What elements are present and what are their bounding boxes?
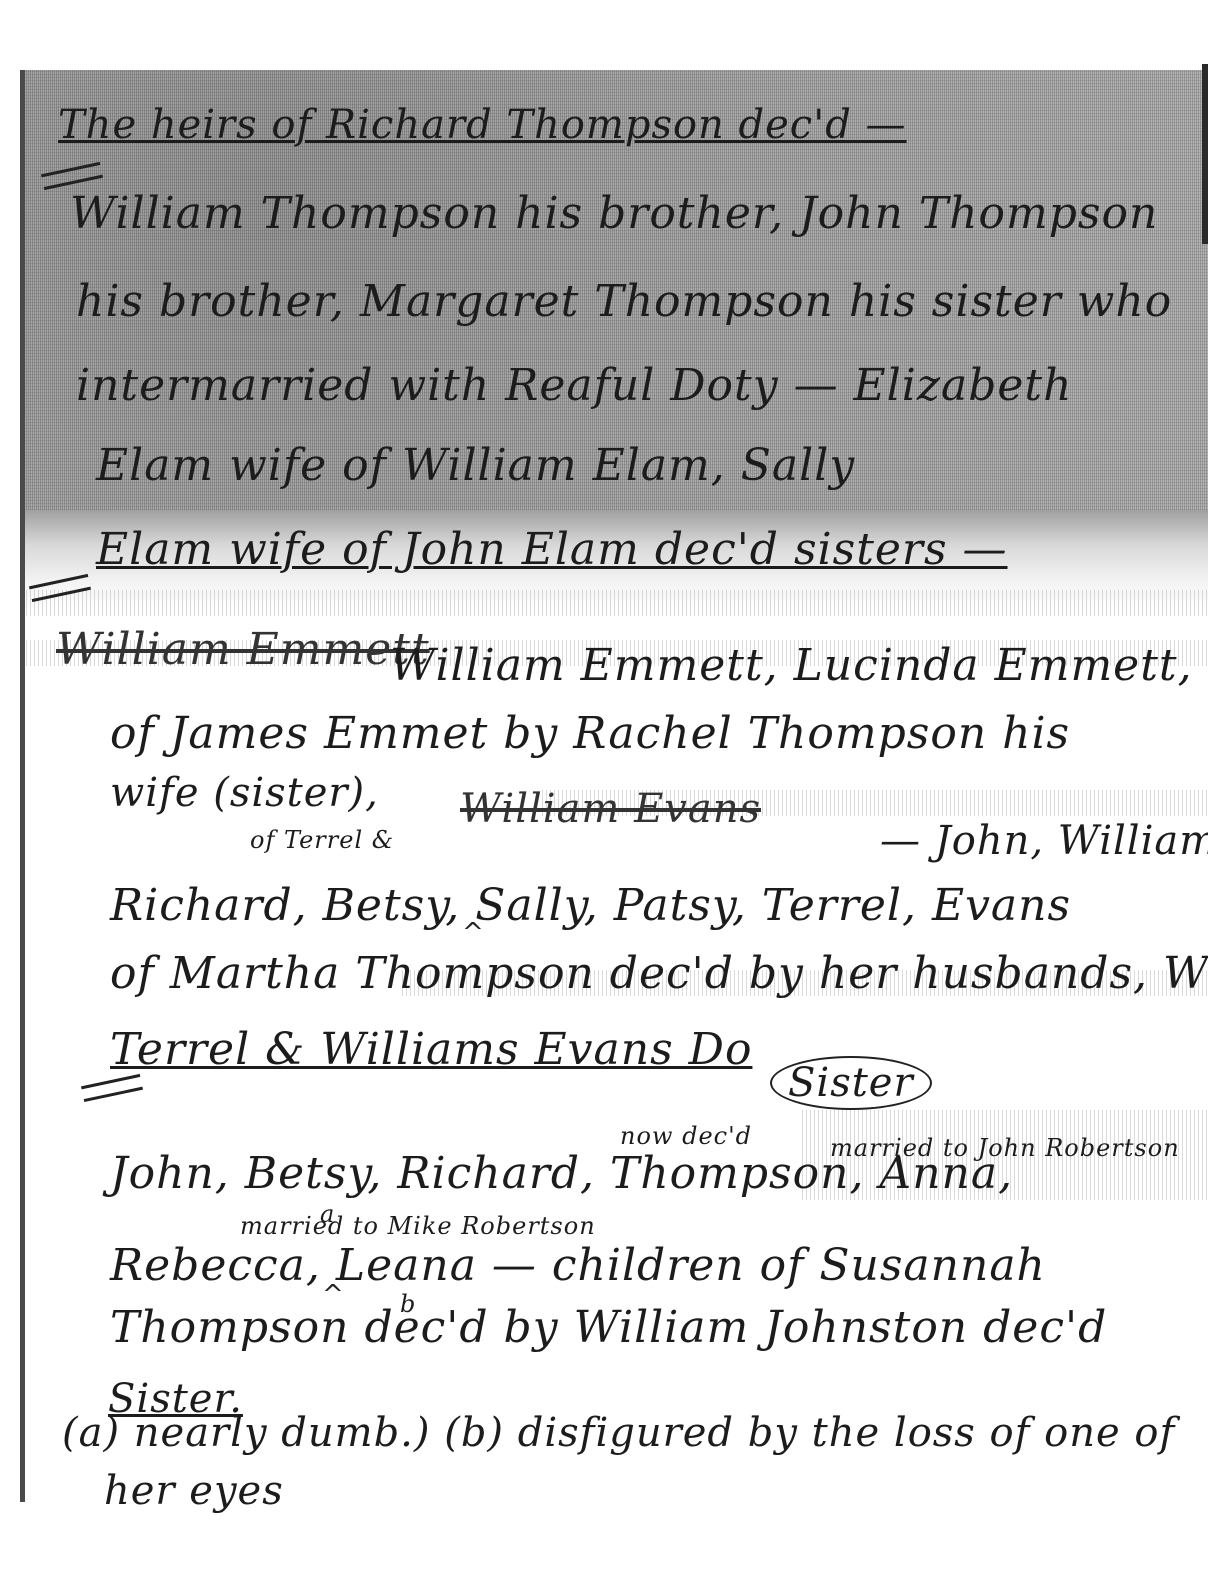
document-heading: The heirs of Richard Thompson dec'd —	[58, 102, 907, 148]
footnote-line: (a) nearly dumb.) (b) disfigured by the …	[62, 1410, 1175, 1456]
caret-mark: ^	[462, 918, 484, 948]
text-line-3: intermarried with Reaful Doty — Elizabet…	[76, 360, 1072, 411]
text-line-2: his brother, Margaret Thompson his siste…	[76, 276, 1172, 327]
struck-line-8: William Evans	[460, 786, 761, 832]
text-line-14: Thompson dec'd by William Johnston dec'd	[110, 1302, 1107, 1353]
text-line-7: of James Emmet by Rachel Thompson his	[110, 708, 1070, 759]
page-right-edge	[1202, 64, 1208, 244]
interlinear-note-married-mike-robertson: married to Mike Robertson	[240, 1212, 596, 1240]
text-line-5: Elam wife of John Elam dec'd sisters —	[96, 524, 1008, 575]
interlinear-note-now-decd: now dec'd	[620, 1122, 752, 1150]
text-line-6: William Emmett	[56, 624, 430, 675]
text-line-4: Elam wife of William Elam, Sally	[96, 440, 855, 491]
text-line-10: of Martha Thompson dec'd by her husbands…	[110, 948, 1208, 999]
text-line-11: Terrel & Williams Evans Do	[110, 1024, 752, 1075]
footnote-line-2: her eyes	[104, 1468, 284, 1514]
text-line-8: wife (sister),	[110, 770, 379, 816]
text-line-8b: — John, William	[880, 818, 1208, 864]
text-line-6b: William Emmett, Lucinda Emmett, children	[390, 640, 1208, 691]
page-left-edge	[20, 70, 25, 1502]
interlinear-note-terrel: of Terrel &	[250, 826, 394, 854]
text-line-13: Rebecca, Leana — children of Susannah	[110, 1240, 1046, 1291]
struck-name: William Emmett	[56, 624, 430, 675]
text-line-12: John, Betsy, Richard, Thompson, Anna,	[110, 1148, 1013, 1199]
struck-name: William Evans	[460, 786, 761, 832]
text-line-9: Richard, Betsy, Sally, Patsy, Terrel, Ev…	[110, 880, 1071, 931]
noise-band	[22, 590, 1208, 616]
circled-sister: Sister	[770, 1056, 932, 1110]
circled-note: Sister	[770, 1060, 932, 1106]
text-line-1: William Thompson his brother, John Thomp…	[70, 188, 1158, 239]
